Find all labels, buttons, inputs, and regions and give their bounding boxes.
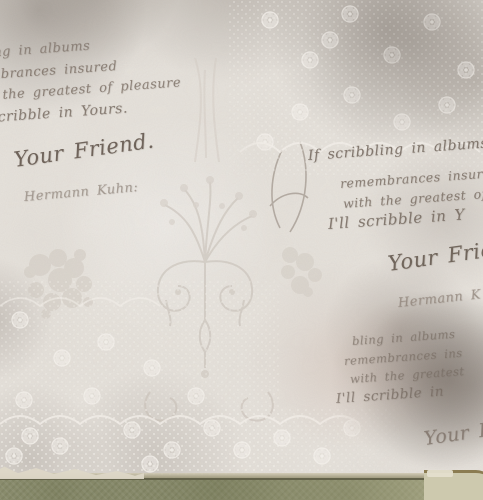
- scrapbook-paper: ling in albums mbrances insured h the gr…: [0, 0, 483, 500]
- strip-corner-tab: [427, 470, 453, 477]
- green-border-strip: [0, 478, 483, 500]
